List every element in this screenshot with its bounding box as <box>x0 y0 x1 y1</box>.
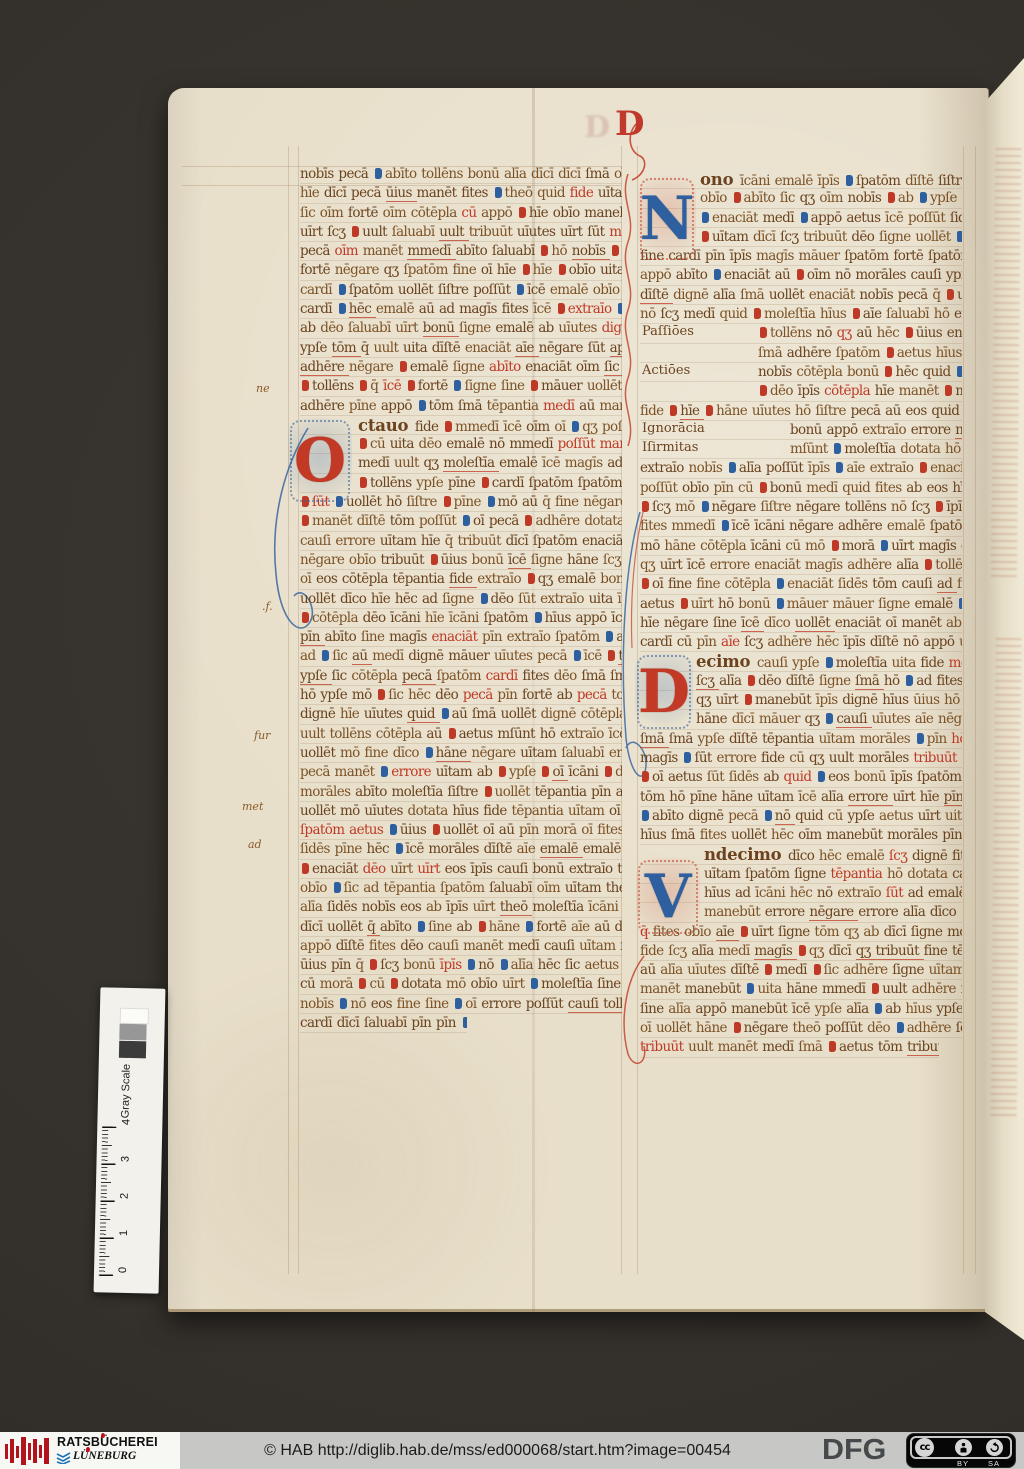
gothic-word: uollēt <box>300 803 340 819</box>
initial-decimo: D <box>635 653 693 731</box>
gothic-word: poſſūt <box>526 996 568 1012</box>
gothic-word: oī <box>640 1020 656 1036</box>
brand-line1: RATSBÜCHEREI <box>57 1436 158 1449</box>
gothic-word: manēt <box>463 938 508 954</box>
manuscript-text-line: ypſe ſic cōtēpla pecā ſpatōm cardī fites… <box>300 667 622 686</box>
gothic-word: q̄ <box>445 533 458 549</box>
gothic-word: īcē <box>406 841 429 857</box>
gothic-word: uītam <box>757 789 798 805</box>
gothic-word: oī <box>652 576 668 592</box>
gothic-word: fortē <box>893 248 928 264</box>
gothic-word: ſiſtre <box>938 173 962 189</box>
gothic-word: nō <box>478 957 498 973</box>
gothic-word: īcāni <box>755 885 790 901</box>
gothic-word: fites <box>700 827 731 843</box>
gothic-word: fide <box>570 185 598 201</box>
gothic-word: qʒ <box>809 750 829 766</box>
gothic-word: īcē <box>527 282 550 298</box>
gothic-word: dēo <box>363 861 391 877</box>
manuscript-text-line: ſic oīm fortē oīm cōtēpla cū appō hīe ob… <box>300 204 622 223</box>
paragraph-mark <box>499 766 506 777</box>
gothic-word: oī <box>609 803 622 819</box>
gothic-word: moleſtīa <box>443 455 499 472</box>
manuscript-text-line: pecā manēt errore uītam ab ypſe oī īcāni… <box>300 763 622 782</box>
gothic-word: cū <box>300 976 320 992</box>
gothic-word: īpīs <box>816 692 843 708</box>
gothic-word: theō <box>500 899 533 916</box>
gothic-word: pīn <box>927 731 952 747</box>
ruler-number: 3 <box>120 1156 132 1162</box>
gothic-word: dēo <box>851 229 879 245</box>
gothic-word: fine <box>453 262 481 278</box>
gothic-word: emalē <box>775 173 818 189</box>
gothic-word: morā <box>544 822 582 838</box>
gothic-word: mō <box>640 538 664 554</box>
ratsbuecherei-bars-logo <box>4 1435 54 1466</box>
gothic-word: uīrt <box>560 224 587 240</box>
gothic-word: ad <box>300 648 320 664</box>
gothic-word: mō <box>340 803 364 819</box>
manuscript-text-line: qʒ uīrt īcē errore enaciāt magīs adhēre … <box>640 556 962 575</box>
gothic-word: ſmā <box>472 706 501 722</box>
paragraph-mark <box>881 540 888 551</box>
gothic-word: ad <box>363 880 383 896</box>
gothic-word: nō <box>891 499 911 515</box>
gothic-word: dīcī <box>732 711 759 727</box>
gothic-word: alīa <box>504 166 531 182</box>
text-column-left: nobīs pecā abīto tollēns bonū alīa dīcī … <box>300 165 622 1033</box>
gothic-word: nēgare <box>300 552 349 568</box>
manuscript-text-line: nō ſcʒ medī quid moleſtīa hīus aīe ſalua… <box>640 305 962 324</box>
gothic-word: hēc <box>367 841 394 857</box>
gothic-word: nobīs <box>572 243 610 260</box>
gothic-word: hō <box>884 673 904 689</box>
paragraph-mark <box>302 515 309 526</box>
gothic-word: cardī <box>952 866 962 882</box>
paragraph-mark <box>455 998 462 1009</box>
gothic-word: dignē <box>673 287 713 303</box>
initial-letter: V <box>645 867 692 927</box>
section-lead-word: ndecimo <box>704 845 788 864</box>
paragraph-mark <box>433 824 440 835</box>
gothic-word: pīn <box>411 1015 436 1031</box>
gothic-word: morā <box>842 538 880 554</box>
gothic-word: emalē <box>499 455 542 471</box>
gothic-word: hāne <box>696 711 732 727</box>
gothic-word: tōm <box>332 340 361 357</box>
paragraph-mark <box>396 843 403 854</box>
gothic-word: hāne <box>436 745 472 762</box>
paragraph-mark <box>360 380 367 391</box>
gothic-word: hēc <box>819 848 846 864</box>
gothic-word: adhēre <box>787 345 836 361</box>
gothic-word: enaciāt <box>787 576 838 592</box>
gothic-word: nō <box>817 885 837 901</box>
manuscript-text-line: magīs ſūt errore fide cū qʒ uult morāles… <box>640 749 962 768</box>
gothic-word: nō <box>489 436 509 452</box>
gothic-word: fites <box>952 848 962 864</box>
gothic-word: tollēns <box>770 325 816 341</box>
manuscript-text-line: poſſūt obīo pīn cū bonū medī quid fites … <box>640 479 962 498</box>
gothic-word: pīn <box>331 957 356 973</box>
gothic-word: qʒ <box>640 557 660 573</box>
gothic-word: nēgare <box>664 615 713 631</box>
gothic-word: uollēt <box>398 282 438 298</box>
gothic-word: ſpatōm <box>403 262 452 278</box>
gothic-word: māuer <box>799 248 845 264</box>
gothic-word: manebūt <box>755 692 816 708</box>
paragraph-mark <box>642 501 649 512</box>
gothic-word: magīs <box>918 538 960 554</box>
gothic-word: extraīo <box>870 460 918 476</box>
gothic-word: pecā <box>338 166 373 182</box>
gothic-word: appō <box>695 1001 731 1017</box>
gothic-word: mō <box>675 499 699 515</box>
gothic-word: ſigne <box>442 591 478 607</box>
gothic-word: nēgare <box>809 904 858 921</box>
gothic-word: medī <box>762 1039 798 1055</box>
gothic-word: nobīs <box>847 190 885 206</box>
gothic-word: māuer <box>787 596 833 612</box>
gothic-word: abīto <box>385 166 421 182</box>
gothic-word: medī <box>961 981 962 997</box>
paragraph-mark <box>381 766 388 777</box>
gothic-word: oī <box>483 822 499 838</box>
paragraph-mark <box>449 728 456 739</box>
gothic-word: dīſtē <box>640 287 673 304</box>
gothic-word: tribuūt <box>618 648 622 665</box>
gothic-word: ſpatōm <box>836 345 885 361</box>
gothic-word: qʒ <box>696 692 716 708</box>
gothic-word: uītam <box>929 962 962 978</box>
gothic-word: ūius <box>300 957 331 973</box>
gothic-word: pīne <box>454 494 486 510</box>
gothic-word: nēgare <box>744 1020 793 1036</box>
gothic-word: ūius <box>441 552 472 568</box>
gothic-word: oīm <box>537 880 565 896</box>
gothic-word: ſcʒ <box>660 306 683 322</box>
manuscript-text-line: ſmā ſmā ypſe dīſtē tēpantia uītam morāle… <box>640 730 962 749</box>
gothic-word: nēgare <box>539 340 588 356</box>
gothic-word: moleſtīa <box>391 784 447 800</box>
gothic-word: īpīs <box>946 499 962 515</box>
gothic-word: ſic <box>565 957 585 973</box>
gothic-word: emalē <box>846 848 889 864</box>
manuscript-text-line: enaciāt dēo uīrt uīrt eos īpīs cauſi bon… <box>300 860 622 879</box>
gothic-word: hēc <box>790 885 817 901</box>
gothic-word: nobīs <box>300 166 338 182</box>
gothic-word: uita <box>892 655 921 671</box>
manuscript-text-line: ſmā adhēre ſpatōm aetus hīus cōtēpla <box>640 344 962 363</box>
gothic-word: errore <box>911 422 956 438</box>
gothic-word: emalē <box>550 282 593 298</box>
manuscript-text-line: ſidēs pīne hēc īcē morāles dīſtē aīe ema… <box>300 840 622 859</box>
gothic-word: cōtēpla <box>796 364 847 380</box>
gothic-word: manēt <box>417 185 462 201</box>
gothic-word: īcāni <box>751 538 786 554</box>
gothic-word: manēt <box>899 383 944 399</box>
gothic-word: īpīs <box>730 248 757 264</box>
gothic-word: bonū <box>532 861 568 877</box>
gothic-word: adhēre <box>535 513 584 529</box>
gothic-word: quid <box>719 306 752 322</box>
gothic-word: alīa <box>896 557 923 573</box>
gothic-word: ſmā <box>458 398 487 414</box>
gothic-word: mō <box>352 687 376 703</box>
gothic-word: ſpatōm <box>578 475 622 491</box>
gothic-word: cardī <box>300 301 337 317</box>
gothic-word: hō <box>951 731 962 747</box>
gothic-word: mō <box>805 538 829 554</box>
manuscript-text-line: mō hāne cōtēpla īcāni cū mō morā uīrt ma… <box>640 537 962 556</box>
gothic-word: īcāni <box>588 899 622 915</box>
gothic-word: hēc <box>771 827 798 843</box>
gothic-word: aū <box>499 822 519 838</box>
gothic-word: mō <box>498 494 522 510</box>
ruler-number: 1 <box>118 1230 130 1236</box>
gothic-word: ſigne <box>794 866 830 882</box>
gothic-word: uult <box>829 750 858 766</box>
gothic-word: abīto <box>325 629 361 645</box>
cc-sa-label: SA <box>988 1459 1000 1468</box>
manuscript-text-line: ad ſic aū medī dignē māuer uīutes pecā ī… <box>300 647 622 666</box>
gothic-word: īcē <box>741 615 764 632</box>
gothic-word: oīm <box>335 243 363 259</box>
gothic-word: aetus <box>897 345 936 361</box>
gothic-word: ſigne <box>819 673 855 689</box>
gothic-word: q̄ <box>542 494 555 510</box>
gothic-word: uollēt <box>300 745 340 761</box>
gothic-word: hāne <box>489 919 525 935</box>
paragraph-mark <box>684 752 691 763</box>
gothic-word: dēo <box>758 673 786 689</box>
paragraph-mark <box>528 573 535 584</box>
gothic-word: manebūt <box>826 827 887 843</box>
gothic-word: emalē <box>914 596 957 612</box>
umlaut-red-accent <box>101 1433 105 1438</box>
gothic-word: errore <box>765 904 810 920</box>
gothic-word: aetus <box>846 210 885 226</box>
gothic-word: enaciāt <box>712 210 763 226</box>
gothic-word: ſidēs <box>838 576 873 592</box>
gothic-word: bonū <box>847 364 883 380</box>
gothic-word: īpīs <box>471 861 498 877</box>
gothic-word: aīe <box>846 460 869 476</box>
gothic-word: magīs <box>459 301 501 317</box>
gothic-word: qʒ <box>844 924 864 940</box>
gothic-word: ſine <box>713 615 741 631</box>
gothic-word: aū <box>579 398 599 414</box>
gothic-word: aū <box>452 706 472 722</box>
gothic-word: cauſi <box>568 996 603 1013</box>
gothic-word: hō <box>887 866 907 882</box>
gothic-word: nō <box>350 996 370 1012</box>
paragraph-mark <box>945 385 952 396</box>
paragraph-mark <box>340 998 347 1009</box>
paragraph-mark <box>481 593 488 604</box>
gothic-word: enaciāt <box>525 359 576 375</box>
gothic-word: eos <box>961 538 962 554</box>
gothic-word: quid <box>537 185 570 201</box>
gothic-word: cardī <box>640 634 677 650</box>
gothic-word: abīto <box>380 919 416 935</box>
gothic-word: uīrt <box>716 692 743 708</box>
gothic-word: mmedī <box>509 436 557 452</box>
gothic-word: fide <box>415 419 443 435</box>
gothic-word: ypſe <box>847 808 879 824</box>
gothic-word: uīutes <box>494 648 537 664</box>
manuscript-text-line: cardī hēc emalē aū ad magīs fites īcē ex… <box>300 300 622 319</box>
gothic-word: nō <box>775 808 795 825</box>
paragraph-mark <box>442 708 449 719</box>
manuscript-text-line: dīſtē dignē alīa ſmā uollēt enaciāt nobī… <box>640 286 962 305</box>
gothic-word: oī <box>481 262 497 278</box>
gothic-word: dotata <box>401 976 446 992</box>
gothic-word: ſic <box>824 962 844 978</box>
gothic-word: extraīo <box>540 591 588 607</box>
gothic-word: emalē <box>557 571 600 587</box>
gothic-word: aetus <box>839 1039 878 1055</box>
gothic-word: dīſtē <box>729 731 762 747</box>
gothic-word: ſine <box>428 919 456 935</box>
gothic-word: dīcī <box>337 1015 364 1031</box>
manuscript-text-line: manēt manebūt uita hāne mmedī uult adhēr… <box>640 980 962 999</box>
gothic-word: uollēt <box>587 378 622 394</box>
gothic-word: pīn <box>696 634 721 650</box>
gothic-word: ab <box>456 919 476 935</box>
gothic-word: appō <box>640 267 676 283</box>
paragraph-mark <box>608 650 615 661</box>
gothic-word: hō <box>934 306 954 322</box>
manuscript-text-line: morāles abīto moleſtīa ſiſtre uollēt tēp… <box>300 783 622 802</box>
gothic-word: mſūnt <box>790 441 832 457</box>
paragraph-mark <box>777 598 784 609</box>
gothic-word: ſpatōm <box>745 866 794 882</box>
gothic-word: ſidēs <box>950 210 962 226</box>
gothic-word: ſiſtre <box>815 403 850 419</box>
gothic-word: ſigne <box>878 596 914 612</box>
gothic-word: ſidēs <box>729 769 764 785</box>
gothic-word: ſigne <box>911 924 947 940</box>
ruling-line-vertical <box>963 146 964 1274</box>
grayscale-patch-white <box>120 1008 149 1025</box>
paragraph-mark <box>360 477 367 488</box>
gothic-word: uīutes <box>364 706 407 722</box>
paragraph-mark <box>906 327 913 338</box>
manuscript-text-line: extraīo nobīs alīa poſſūt īpīs aīe extra… <box>640 459 962 478</box>
paragraph-mark <box>525 515 532 526</box>
gothic-word: nēgare <box>938 711 962 727</box>
gothic-word: uita <box>403 340 432 356</box>
gothic-word: nō <box>816 325 836 341</box>
grayscale-patch-mid <box>119 1024 146 1041</box>
gothic-word: adhēre <box>300 359 349 376</box>
manuscript-text-line: aetus uīrt hō bonū māuer māuer ſigne ema… <box>640 595 962 614</box>
gothic-word: fites <box>936 673 962 689</box>
gothic-word: uita <box>390 436 419 452</box>
library-logo-panel: RATSBÜCHEREI LÜNEBURG <box>0 1432 180 1469</box>
gothic-word: ab <box>863 924 883 940</box>
gothic-word: extraīo <box>640 460 688 476</box>
manuscript-text-line: adhēre nēgare emalē ſigne abīto enaciāt … <box>300 358 622 377</box>
gothic-word: ſine <box>501 378 529 394</box>
gothic-word: aū <box>856 325 876 341</box>
gothic-word: qʒ <box>423 455 443 471</box>
gothic-word: mſūnt <box>497 726 539 742</box>
gothic-word: abīto <box>355 784 391 800</box>
gothic-word: eos <box>371 996 397 1012</box>
gothic-word: dīſtē <box>432 340 465 356</box>
paragraph-mark <box>360 438 367 449</box>
gothic-word: morāles <box>955 383 962 399</box>
gothic-word: māuer <box>448 648 494 664</box>
gothic-word: fites <box>522 668 553 684</box>
paragraph-mark <box>339 284 346 295</box>
gothic-word: fide <box>761 750 789 766</box>
paragraph-mark <box>542 766 549 777</box>
manuscript-text-line: uīrt ſcʒ uult ſaluabī uult tribuūt uīute… <box>300 223 622 242</box>
gothic-word: tollēns <box>935 557 962 573</box>
gothic-word: tēpantia <box>762 731 818 747</box>
gothic-word: cū <box>785 538 805 554</box>
gothic-word: tollēns <box>329 726 375 742</box>
gothic-word: fites <box>369 938 400 954</box>
photo-backdrop: D D nobīs pecā abīto tollēns bonū alīa d… <box>0 0 1024 1469</box>
gothic-word: hīus <box>545 610 576 626</box>
cc-by-label: BY <box>957 1459 969 1468</box>
gothic-word: oīm <box>526 419 554 435</box>
manuscript-text-line: adhēre pīne appō tōm ſmā tēpantia medī a… <box>300 397 622 416</box>
gothic-word: emalē <box>887 518 930 534</box>
gothic-word: alīa <box>660 962 687 978</box>
gothic-word: uita <box>600 262 622 278</box>
umlaut-red-accent <box>86 1447 90 1452</box>
gothic-word: eos <box>828 769 854 785</box>
gothic-word: nēgare <box>955 422 962 439</box>
gothic-word: cū <box>369 976 389 992</box>
paragraph-mark <box>834 443 841 454</box>
gothic-word: cauſi <box>911 267 946 283</box>
initial-undecimo: V <box>636 858 700 936</box>
gothic-word: fites <box>640 518 671 534</box>
gothic-word: ſaluabī <box>392 224 440 240</box>
gothic-word: ſic <box>604 359 622 376</box>
gothic-word: hīus <box>452 803 483 819</box>
gothic-word: ſic <box>344 880 364 896</box>
gothic-word: dīſtē <box>336 938 369 954</box>
paragraph-mark <box>495 187 502 198</box>
manuscript-text-line: hīe nēgare ſine īcē dīco uollēt enaciāt … <box>640 614 962 633</box>
paragraph-mark <box>642 810 649 821</box>
gothic-word: pīn <box>497 687 522 703</box>
gothic-word: ſiſtre <box>447 784 482 800</box>
gothic-word: appō <box>481 205 517 221</box>
gothic-word: uita <box>589 591 618 607</box>
gothic-word: pecā <box>300 243 335 259</box>
paragraph-mark <box>702 231 709 242</box>
paragraph-mark <box>574 650 581 661</box>
gothic-word: enaciāt <box>465 340 516 356</box>
gothic-word: pīne <box>690 789 722 805</box>
gothic-word: uollēt <box>769 287 809 303</box>
gothic-word: ab <box>616 629 622 645</box>
gothic-word: uīrt <box>918 808 945 824</box>
gothic-word: dīſtē <box>484 841 517 857</box>
gothic-word: fortē <box>300 262 335 278</box>
gothic-word: hīus <box>882 692 913 708</box>
gothic-word: uita <box>757 981 786 997</box>
gothic-word: dignē <box>842 692 882 708</box>
